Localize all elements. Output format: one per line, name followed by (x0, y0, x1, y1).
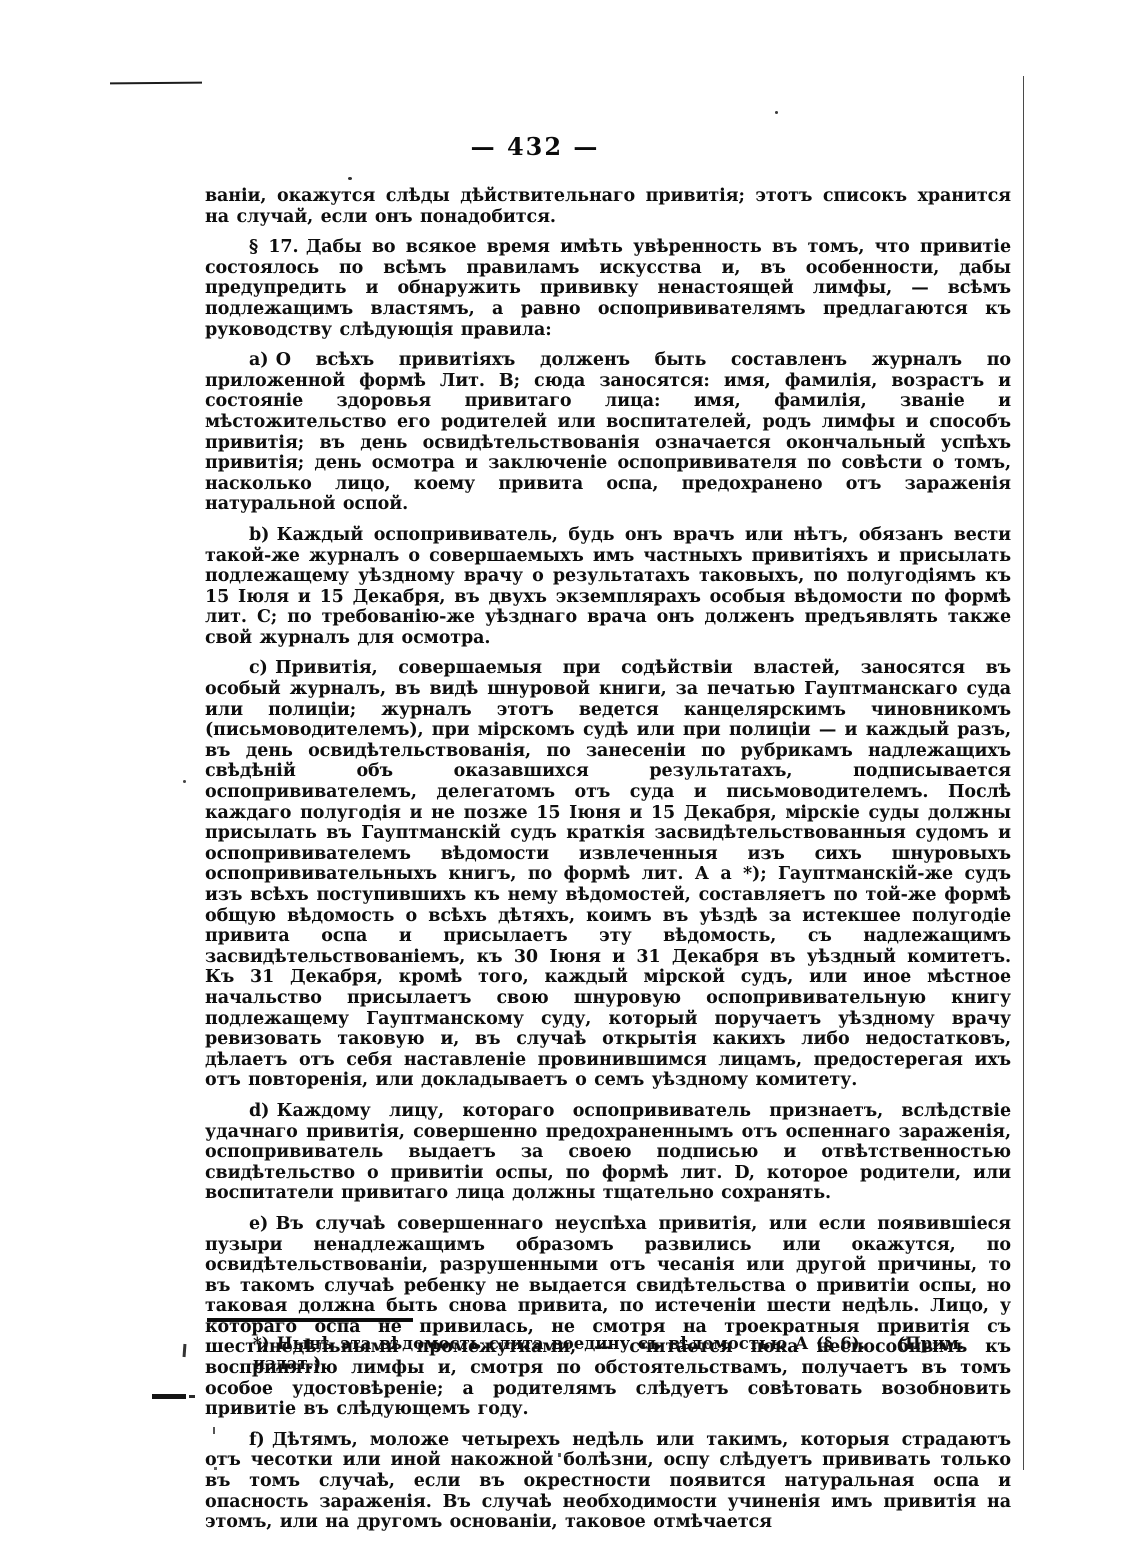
scan-artifact-top-dot (775, 111, 778, 114)
scan-artifact-left-margin-dot (183, 780, 186, 783)
footnote-separator (207, 1318, 413, 1322)
paragraph-item-c: с)Привитія, совершаемыя при содѣйствіи в… (205, 658, 1011, 1090)
paragraph-text: Дабы во всякое время имѣть увѣренность в… (205, 237, 1011, 339)
scan-artifact-bottom-left-dot (189, 1395, 195, 1398)
page-number: — 432 — (0, 132, 1070, 161)
scan-artifact-speck-2 (558, 1453, 561, 1457)
paragraph-item-a: а)О всѣхъ привитіяхъ долженъ быть состав… (205, 350, 1011, 515)
scan-artifact-speck-1 (213, 1427, 215, 1434)
paragraph-item-f: f)Дѣтямъ, моложе четырехъ недѣль или так… (205, 1430, 1011, 1533)
footnote-text: Нынѣ эта вѣдомость слита воедину съ вѣдо… (277, 1334, 865, 1353)
item-label-b: b) (249, 525, 269, 545)
scan-artifact-speck-3 (214, 1467, 217, 1470)
paragraph-item-d: d)Каждому лицу, котораго оспопрививатель… (205, 1101, 1011, 1204)
paragraph-item-b: b)Каждый оспопрививатель, будь онъ врачъ… (205, 525, 1011, 649)
paragraph-item-e: е)Въ случаѣ совершеннаго неуспѣха привит… (205, 1214, 1011, 1420)
scanned-book-page: — 432 — ваніи, окажутся слѣды дѣйствител… (0, 0, 1140, 1562)
section-number: § 17. (249, 237, 299, 257)
item-label-d: d) (249, 1101, 269, 1121)
paragraph-text: Каждый оспопрививатель, будь онъ врачъ и… (205, 525, 1011, 648)
scan-artifact-footnote-tick (183, 1344, 187, 1357)
item-label-a: а) (249, 350, 268, 370)
paragraph-text: Привитія, совершаемыя при содѣйствіи вла… (205, 658, 1011, 1090)
paragraph-text: Дѣтямъ, моложе четырехъ недѣль или таким… (205, 1430, 1011, 1532)
item-label-c: с) (249, 658, 268, 678)
paragraph-text: ваніи, окажутся слѣды дѣйствительнаго пр… (205, 186, 1011, 227)
scan-artifact-bottom-left-dash (152, 1394, 186, 1399)
paragraph-section-17: § 17.Дабы во всякое время имѣть увѣренно… (205, 237, 1011, 340)
paragraph-text: Въ случаѣ совершеннаго неуспѣха привитія… (205, 1214, 1011, 1419)
paragraph-continuation: ваніи, окажутся слѣды дѣйствительнаго пр… (205, 186, 1011, 227)
paragraph-text: Каждому лицу, котораго оспопрививатель п… (205, 1101, 1011, 1203)
footnote: *)Нынѣ эта вѣдомость слита воедину съ вѣ… (205, 1334, 1011, 1374)
scan-artifact-accent-dot (348, 177, 352, 180)
item-label-f: f) (249, 1430, 265, 1450)
paragraph-text: О всѣхъ привитіяхъ долженъ быть составле… (205, 350, 1011, 514)
scan-artifact-right-edge-line (1023, 76, 1024, 1470)
scan-artifact-top-left-line (110, 82, 202, 85)
footnote-marker: *) (253, 1334, 269, 1353)
item-label-e: е) (249, 1214, 268, 1234)
